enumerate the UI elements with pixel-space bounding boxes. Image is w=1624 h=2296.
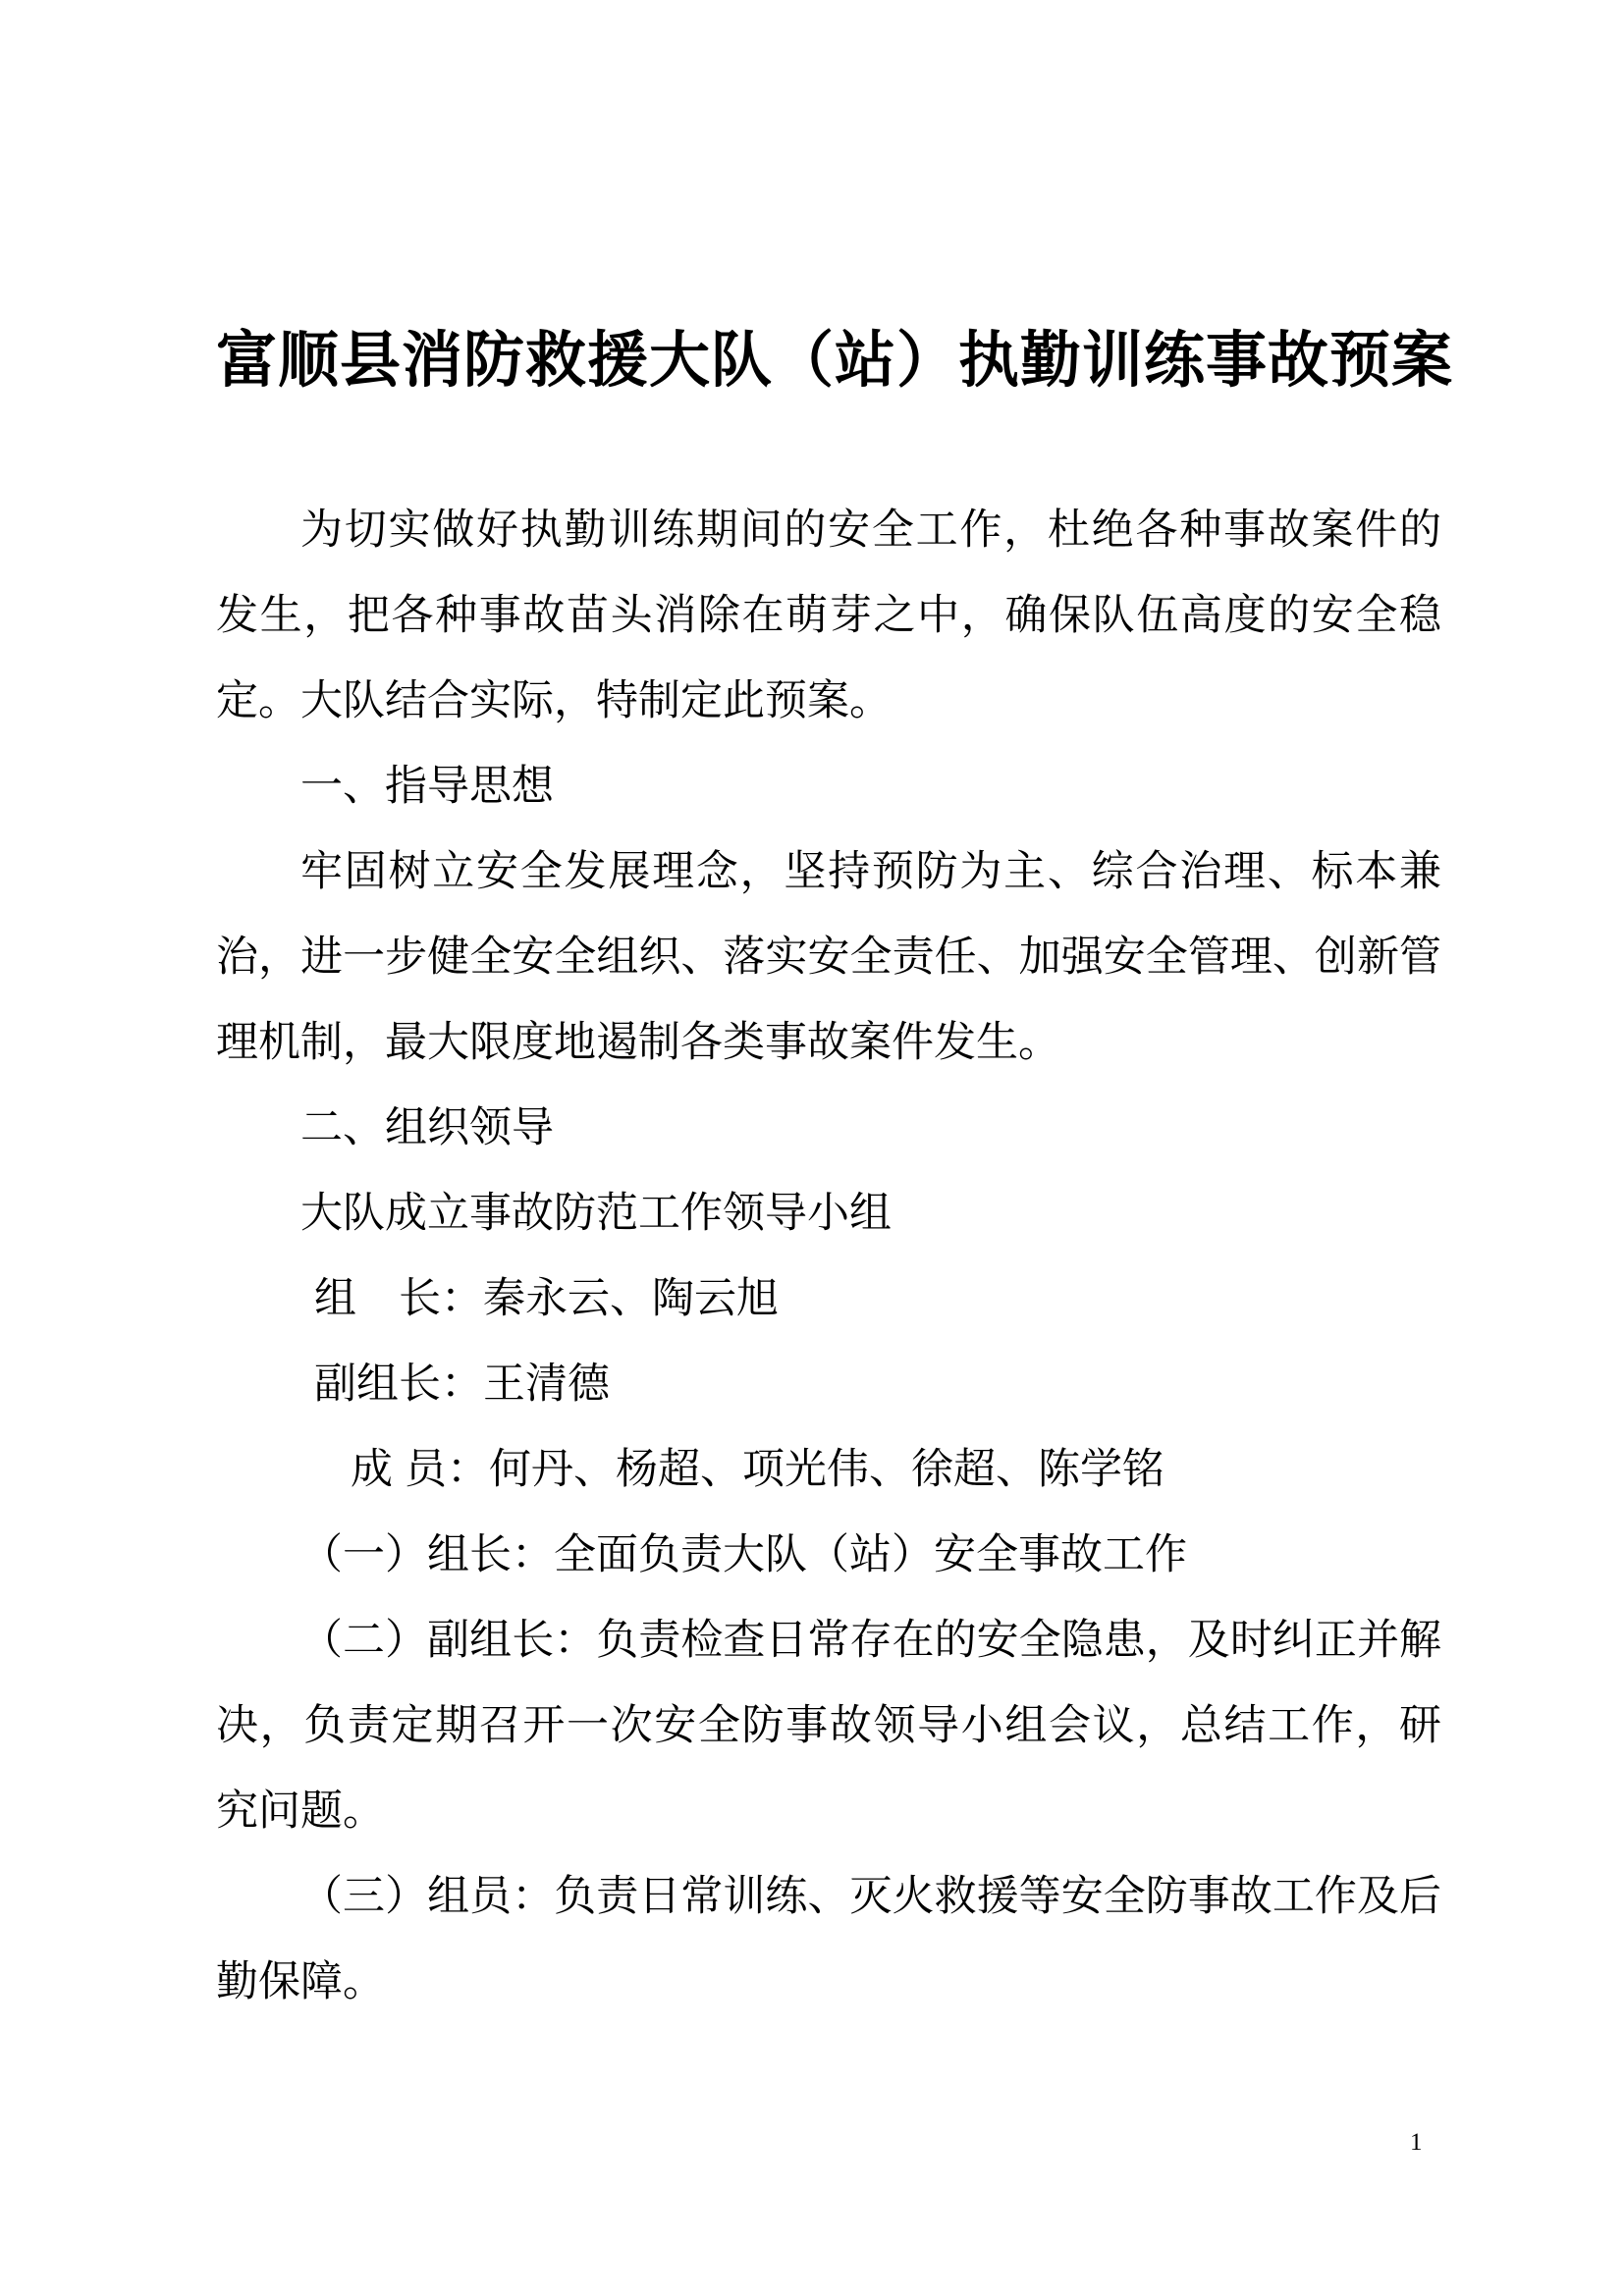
- document-title: 富顺县消防救援大队（站）执勤训练事故预案: [216, 314, 1441, 407]
- page-number: 1: [1410, 2128, 1423, 2158]
- doc-line: （一）组长：全面负责大队（站）安全事故工作: [216, 1513, 1441, 1598]
- doc-line: 牢固树立安全发展理念，坚持预防为主、综合治理、标本兼: [216, 829, 1441, 915]
- doc-line: 发生，把各种事故苗头消除在萌芽之中，确保队伍高度的安全稳: [216, 573, 1441, 659]
- doc-line-members: 成 员：何丹、杨超、项光伟、徐超、陈学铭: [216, 1427, 1441, 1513]
- doc-line: 理机制，最大限度地遏制各类事故案件发生。: [216, 1000, 1441, 1086]
- doc-line: 治，进一步健全安全组织、落实安全责任、加强安全管理、创新管: [216, 915, 1441, 1000]
- doc-line: 为切实做好执勤训练期间的安全工作，杜绝各种事故案件的: [216, 488, 1441, 573]
- doc-section-heading: 一、指导思想: [216, 744, 1441, 829]
- doc-line: （三）组员：负责日常训练、灭火救援等安全防事故工作及后: [216, 1854, 1441, 1940]
- document-page: 富顺县消防救援大队（站）执勤训练事故预案 为切实做好执勤训练期间的安全工作，杜绝…: [0, 0, 1624, 2296]
- doc-section-heading: 二、组织领导: [216, 1086, 1441, 1171]
- doc-line: 定。大队结合实际，特制定此预案。: [216, 659, 1441, 744]
- document-body: 为切实做好执勤训练期间的安全工作，杜绝各种事故案件的 发生，把各种事故苗头消除在…: [216, 488, 1441, 2025]
- doc-line: 勤保障。: [216, 1940, 1441, 2025]
- doc-line: 大队成立事故防范工作领导小组: [216, 1171, 1441, 1256]
- doc-line: （二）副组长：负责检查日常存在的安全隐患，及时纠正并解: [216, 1598, 1441, 1683]
- doc-line-leader: 组 长：秦永云、陶云旭: [216, 1256, 1441, 1342]
- doc-line: 决，负责定期召开一次安全防事故领导小组会议，总结工作，研: [216, 1683, 1441, 1769]
- doc-line: 究问题。: [216, 1769, 1441, 1854]
- doc-line-deputy-leader: 副组长：王清德: [216, 1342, 1441, 1427]
